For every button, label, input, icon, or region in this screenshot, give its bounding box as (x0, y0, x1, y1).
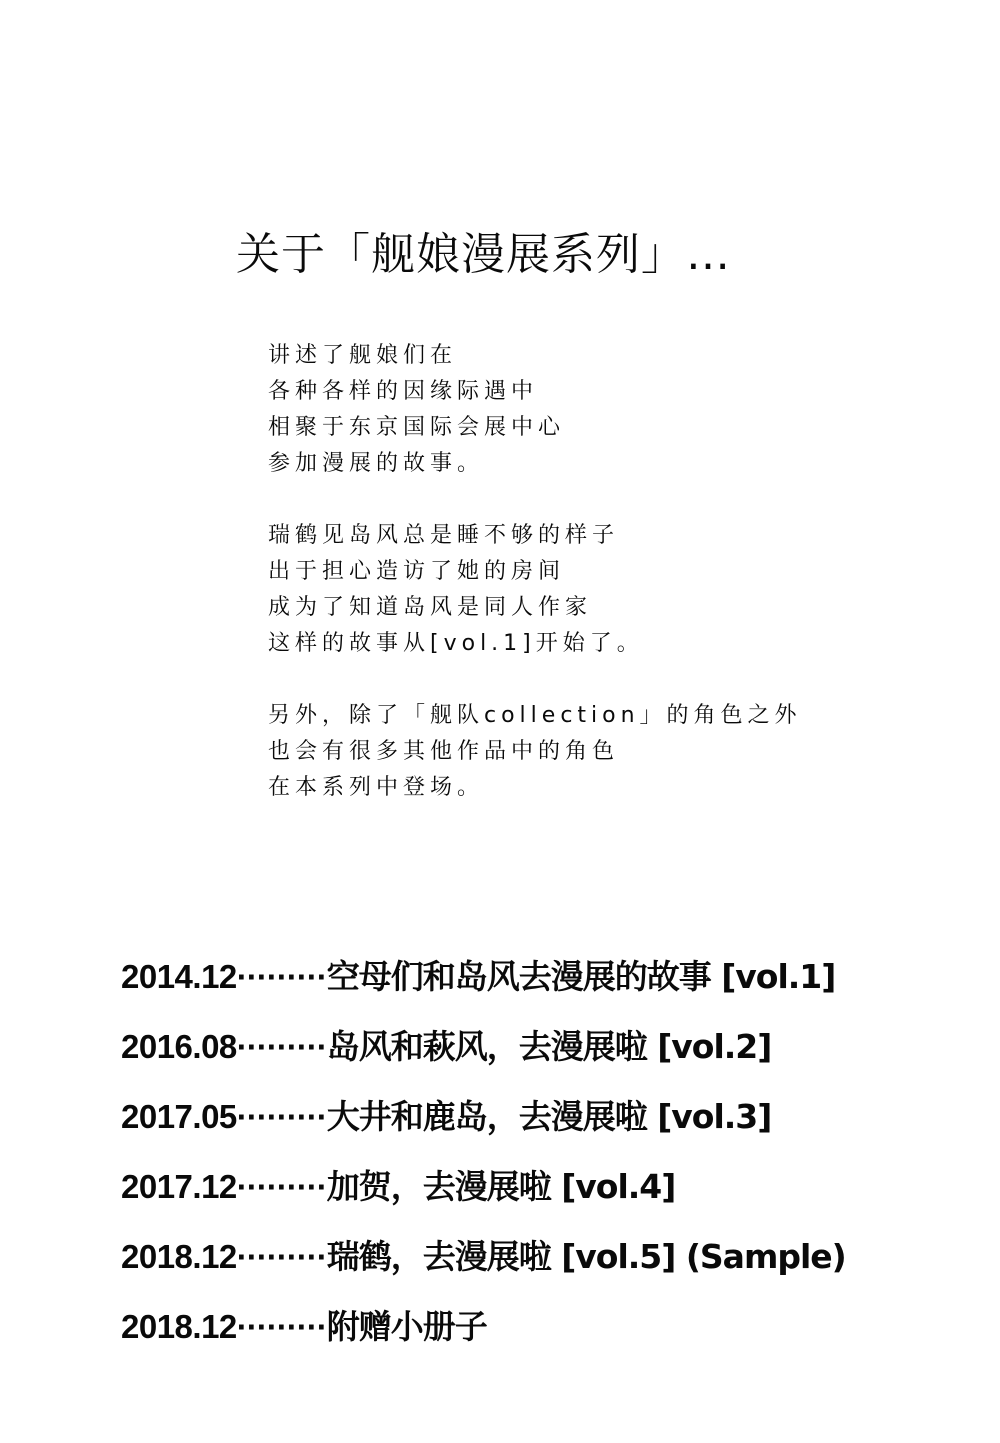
leader-dots: ········· (237, 958, 327, 995)
release-date: 2018.12 (121, 1308, 237, 1345)
text-line: 各种各样的因缘际遇中 (268, 374, 802, 410)
release-date: 2017.12 (121, 1168, 237, 1205)
text-line: 成为了知道岛风是同人作家 (268, 590, 802, 626)
description-paragraph-1: 讲述了舰娘们在 各种各样的因缘际遇中 相聚于东京国际会展中心 参加漫展的故事。 (268, 338, 802, 482)
release-date: 2014.12 (121, 958, 237, 995)
leader-dots: ········· (237, 1308, 327, 1345)
leader-dots: ········· (237, 1028, 327, 1065)
volume-title: 附赠小册子 (327, 1307, 487, 1346)
text-line: 相聚于东京国际会展中心 (268, 410, 802, 446)
page-title: 关于「舰娘漫展系列」… (236, 225, 731, 285)
release-date: 2018.12 (121, 1238, 237, 1275)
leader-dots: ········· (237, 1238, 327, 1275)
list-item: 2014.12·········空母们和岛风去漫展的故事 [vol.1] (121, 942, 846, 1012)
text-line: 这样的故事从[vol.1]开始了。 (268, 626, 802, 662)
text-line: 出于担心造访了她的房间 (268, 554, 802, 590)
list-item: 2017.05·········大井和鹿岛，去漫展啦 [vol.3] (121, 1082, 846, 1152)
description-paragraph-3: 另外，除了「舰队collection」的角色之外 也会有很多其他作品中的角色 在… (268, 698, 802, 806)
volume-title: 瑞鹤，去漫展啦 [vol.5] (Sample) (327, 1237, 846, 1276)
text-line: 讲述了舰娘们在 (268, 338, 802, 374)
volume-title: 大井和鹿岛，去漫展啦 [vol.3] (327, 1097, 772, 1136)
list-item: 2016.08·········岛风和萩风，去漫展啦 [vol.2] (121, 1012, 846, 1082)
volume-title: 空母们和岛风去漫展的故事 [vol.1] (327, 957, 836, 996)
leader-dots: ········· (237, 1168, 327, 1205)
list-item: 2018.12·········附赠小册子 (121, 1292, 846, 1362)
volume-title: 岛风和萩风，去漫展啦 [vol.2] (327, 1027, 772, 1066)
release-date: 2017.05 (121, 1098, 237, 1135)
series-description: 讲述了舰娘们在 各种各样的因缘际遇中 相聚于东京国际会展中心 参加漫展的故事。 … (268, 338, 802, 842)
volume-title: 加贺，去漫展啦 [vol.4] (327, 1167, 676, 1206)
release-date: 2016.08 (121, 1028, 237, 1065)
text-line: 也会有很多其他作品中的角色 (268, 734, 802, 770)
text-line: 在本系列中登场。 (268, 770, 802, 806)
leader-dots: ········· (237, 1098, 327, 1135)
text-line: 参加漫展的故事。 (268, 446, 802, 482)
list-item: 2018.12·········瑞鹤，去漫展啦 [vol.5] (Sample) (121, 1222, 846, 1292)
description-paragraph-2: 瑞鹤见岛风总是睡不够的样子 出于担心造访了她的房间 成为了知道岛风是同人作家 这… (268, 518, 802, 662)
text-line: 另外，除了「舰队collection」的角色之外 (268, 698, 802, 734)
text-line: 瑞鹤见岛风总是睡不够的样子 (268, 518, 802, 554)
series-volume-list: 2014.12·········空母们和岛风去漫展的故事 [vol.1] 201… (121, 942, 846, 1362)
list-item: 2017.12·········加贺，去漫展啦 [vol.4] (121, 1152, 846, 1222)
